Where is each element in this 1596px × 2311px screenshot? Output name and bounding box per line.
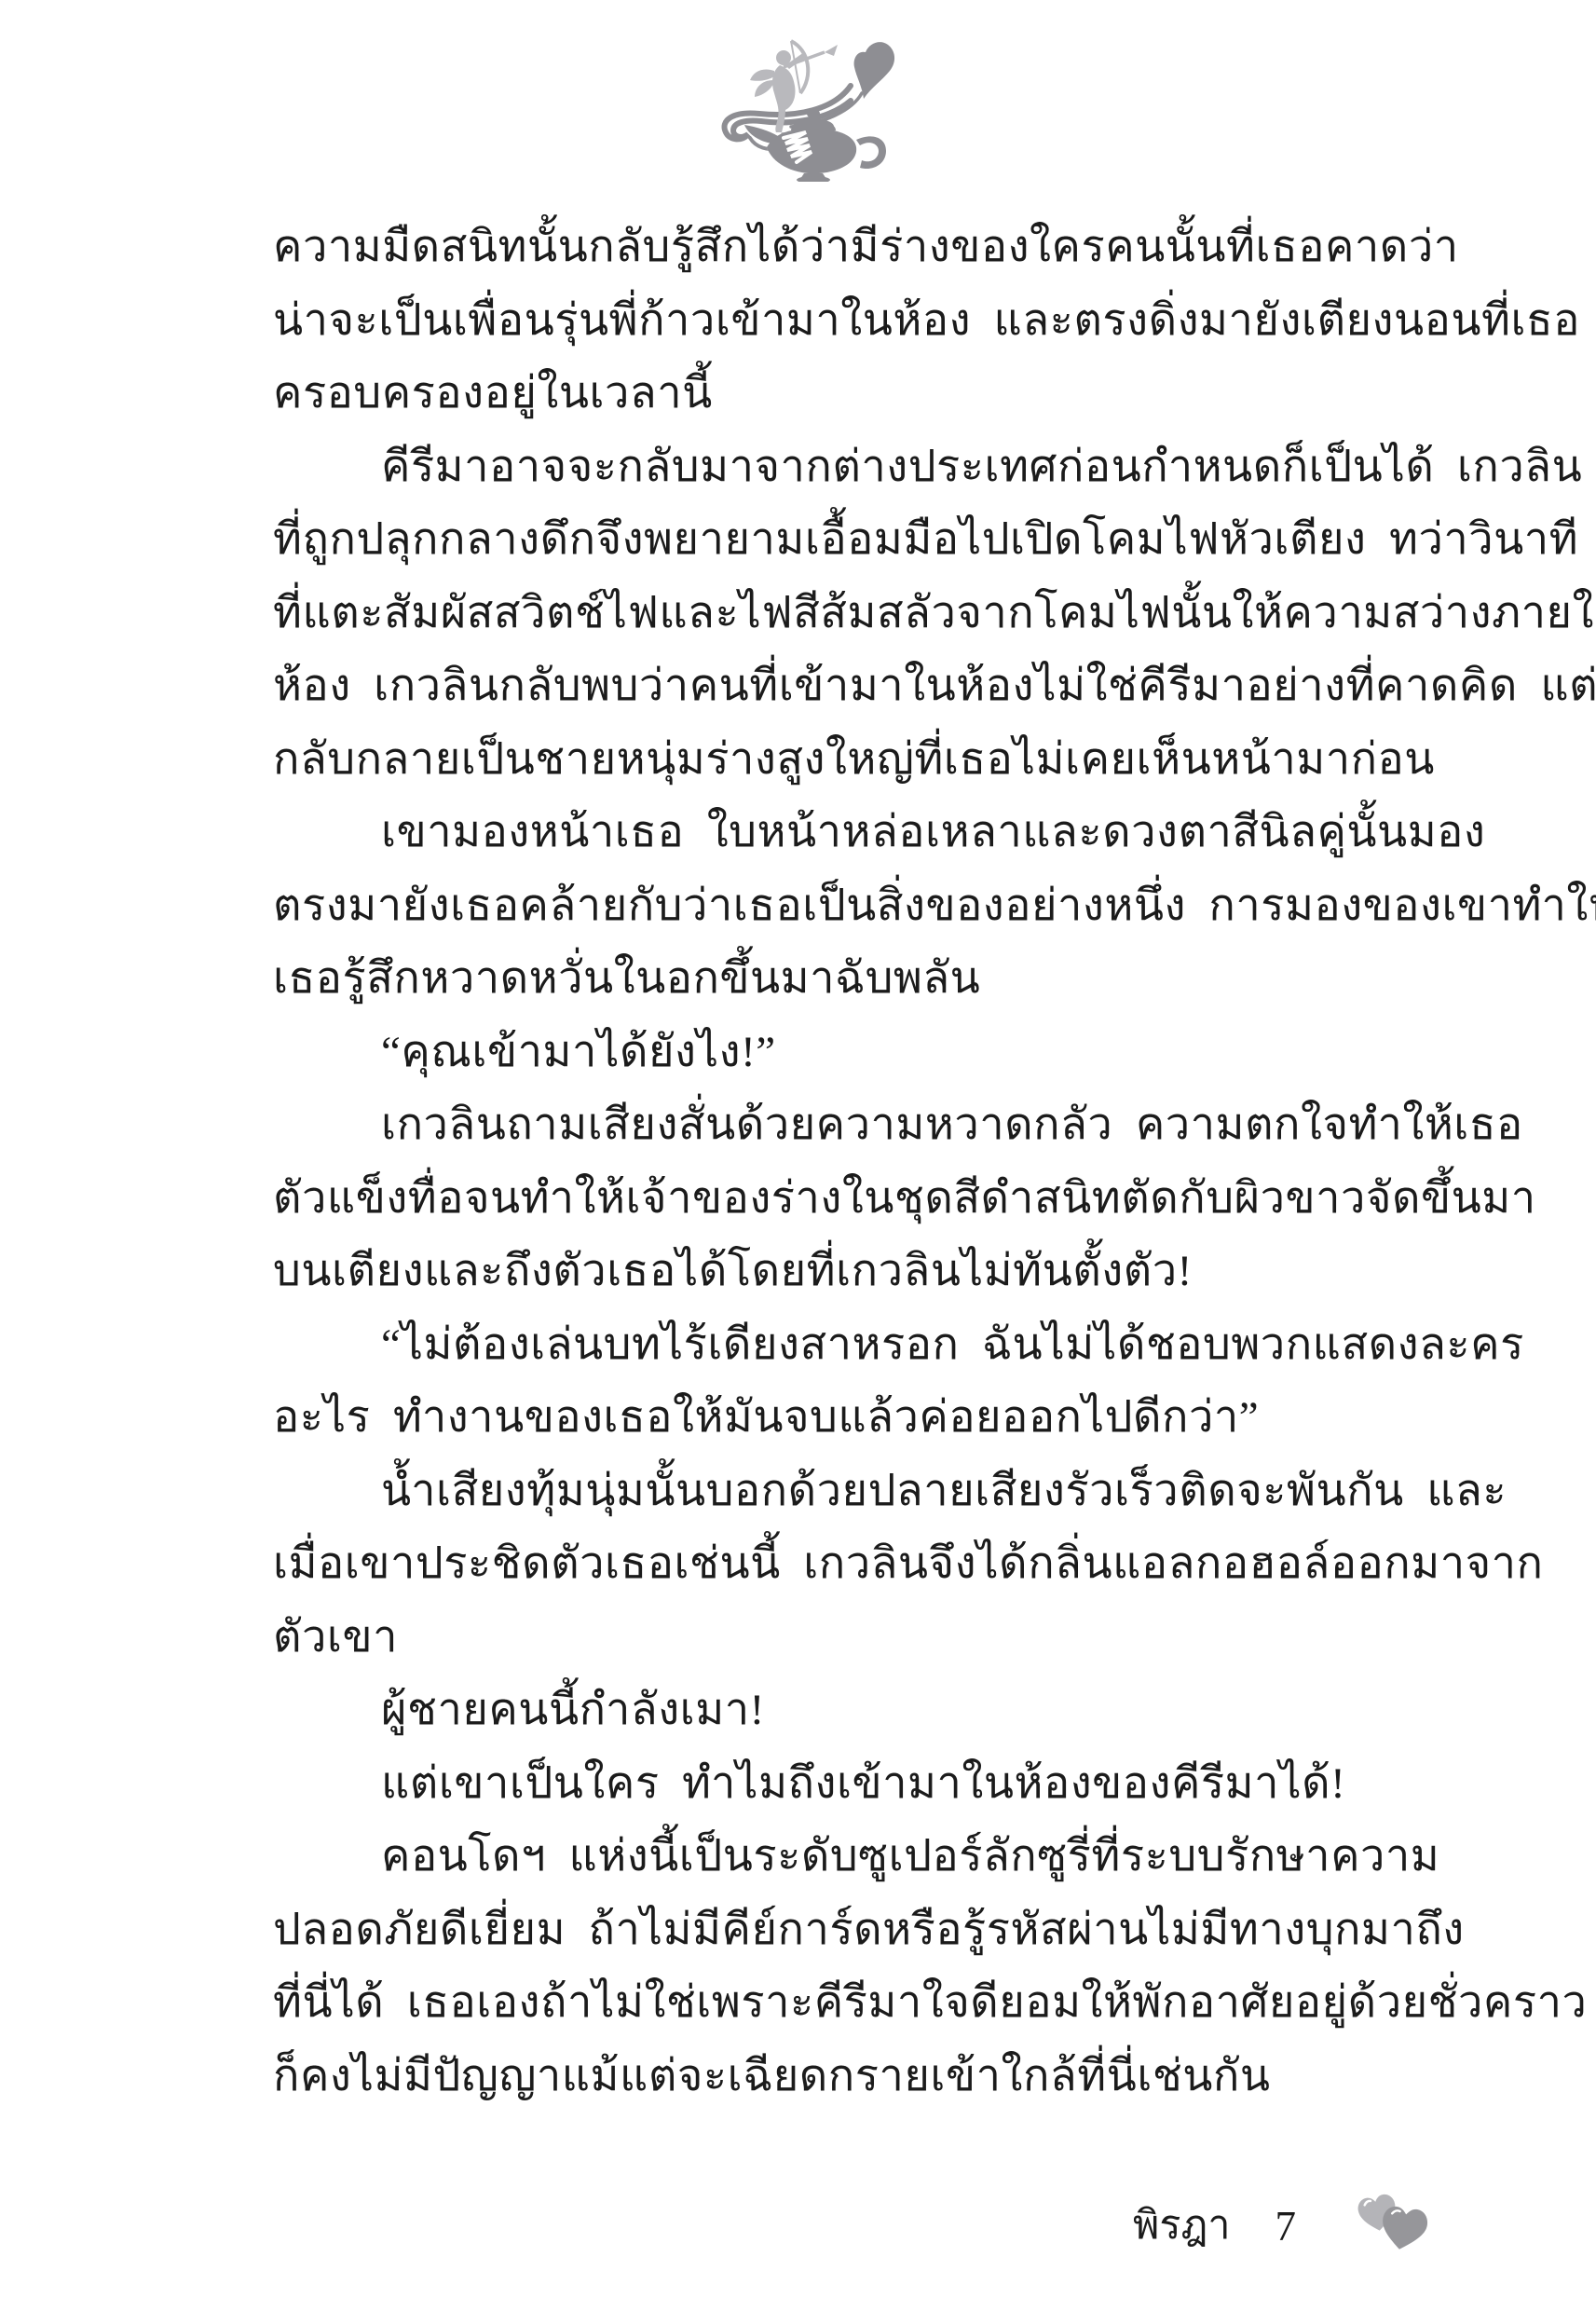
text-line: ตรงมายังเธอคล้ายกับว่าเธอเป็นสิ่งของอย่า… — [273, 869, 1433, 943]
text-line: เกวลินถามเสียงสั่นด้วยความหวาดกลัว ความต… — [273, 1088, 1433, 1162]
text-line: อะไร ทำงานของเธอให้มันจบแล้วค่อยออกไปดีก… — [273, 1381, 1433, 1455]
text-line: เมื่อเขาประชิดตัวเธอเช่นนี้ เกวลินจึงได้… — [273, 1527, 1433, 1601]
text-line: “ไม่ต้องเล่นบทไร้เดียงสาหรอก ฉันไม่ได้ชอ… — [273, 1308, 1433, 1382]
text-line: ที่แตะสัมผัสสวิตช์ไฟและไฟสีส้มสลัวจากโคม… — [273, 577, 1433, 650]
page-number: 7 — [1275, 2194, 1297, 2259]
text-line: น่าจะเป็นเพื่อนรุ่นพี่ก้าวเข้ามาในห้อง แ… — [273, 284, 1433, 358]
text-line: ผู้ชายคนนี้กำลังเมา! — [273, 1674, 1433, 1747]
heart-icon — [854, 42, 894, 99]
text-line: คีรีมาอาจจะกลับมาจากต่างประเทศก่อนกำหนดก… — [273, 431, 1433, 504]
text-line: บนเตียงและถึงตัวเธอได้โดยที่เกวลินไม่ทัน… — [273, 1235, 1433, 1308]
text-line: ห้อง เกวลินกลับพบว่าคนที่เข้ามาในห้องไม่… — [273, 650, 1433, 723]
text-line: ที่นี่ได้ เธอเองถ้าไม่ใช่เพราะคีรีมาใจดี… — [273, 1966, 1433, 2040]
text-line: แต่เขาเป็นใคร ทำไมถึงเข้ามาในห้องของคีรี… — [273, 1747, 1433, 1821]
two-hearts-icon — [1350, 2192, 1432, 2261]
text-line: น้ำเสียงทุ้มนุ่มนั้นบอกด้วยปลายเสียงรัวเ… — [273, 1455, 1433, 1528]
text-line: ตัวแข็งทื่อจนทำให้เจ้าของร่างในชุดสีดำสน… — [273, 1162, 1433, 1236]
book-page: ความมืดสนิทนั้นกลับรู้สึกได้ว่ามีร่างของ… — [0, 0, 1596, 2311]
page-footer: พิรฎา 7 — [1133, 2192, 1432, 2261]
text-line: ที่ถูกปลุกกลางดึกจึงพยายามเอื้อมมือไปเปิ… — [273, 503, 1433, 577]
text-line: ตัวเขา — [273, 1601, 1433, 1675]
text-line: “คุณเข้ามาได้ยังไง!” — [273, 1016, 1433, 1089]
body-text: ความมืดสนิทนั้นกลับรู้สึกได้ว่ามีร่างของ… — [273, 211, 1433, 2113]
text-line: ครอบครองอยู่ในเวลานี้ — [273, 357, 1433, 431]
text-line: เขามองหน้าเธอ ใบหน้าหล่อเหลาและดวงตาสีนิ… — [273, 796, 1433, 869]
text-line: ปลอดภัยดีเยี่ยม ถ้าไม่มีคีย์การ์ดหรือรู้… — [273, 1894, 1433, 1967]
text-line: กลับกลายเป็นชายหนุ่มร่างสูงใหญ่ที่เธอไม่… — [273, 723, 1433, 797]
author-name: พิรฎา — [1133, 2194, 1230, 2259]
text-line: ก็คงไม่มีปัญญาแม้แต่จะเฉียดกรายเข้าใกล้ท… — [273, 2040, 1433, 2113]
text-line: ความมืดสนิทนั้นกลับรู้สึกได้ว่ามีร่างของ… — [273, 211, 1433, 284]
text-line: คอนโดฯ แห่งนี้เป็นระดับซูเปอร์ลักซูรี่ที… — [273, 1820, 1433, 1894]
text-line: เธอรู้สึกหวาดหวั่นในอกขึ้นมาฉับพลัน — [273, 942, 1433, 1016]
cupid-lamp-ornament — [694, 28, 927, 182]
